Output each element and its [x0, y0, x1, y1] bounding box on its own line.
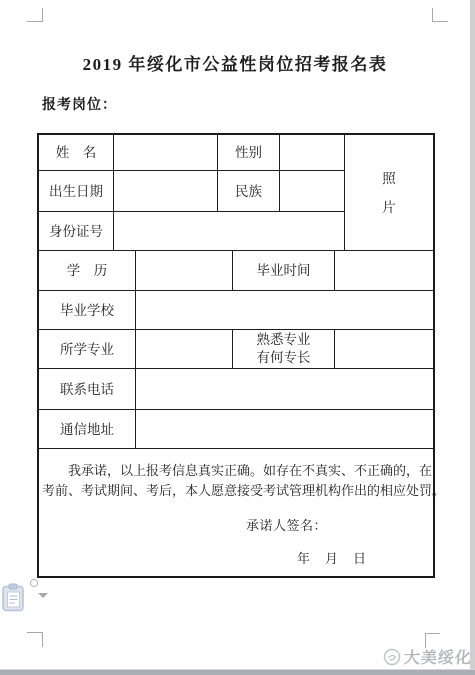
window-edge-right — [470, 0, 475, 675]
paste-options-button[interactable] — [1, 583, 51, 613]
major-input-cell[interactable] — [136, 330, 233, 369]
document-title: 2019 年绥化市公益性岗位招考报名表 — [0, 50, 470, 75]
address-label: 通信地址 — [39, 410, 136, 449]
pledge-text-line1: 我承诺，以上报考信息真实正确。如存在不真实、不正确的，在 — [39, 461, 433, 481]
watermark-logo-icon — [383, 648, 401, 666]
gender-input-cell[interactable] — [280, 135, 345, 171]
ethnicity-input-cell[interactable] — [280, 171, 345, 212]
date-label: 年 月 日 — [297, 548, 367, 567]
application-form-table: 姓 名 性别 照 片 出生日期 民族 身份证号 学 历 毕业时间 毕业学校 所学… — [37, 133, 435, 578]
name-input-cell[interactable] — [114, 135, 218, 171]
graduation-school-input-cell[interactable] — [136, 291, 433, 330]
paste-options-dropdown-arrow-icon[interactable] — [38, 593, 48, 598]
id-number-label: 身份证号 — [39, 212, 114, 251]
object-anchor-dot — [30, 579, 38, 587]
major-label: 所学专业 — [39, 330, 136, 369]
pledge-text-line2: 考前、考试期间、考后，本人愿意接受考试管理机构作出的相应处罚。 — [39, 481, 433, 501]
position-applied-label: 报考岗位： — [42, 94, 117, 114]
gender-label: 性别 — [218, 135, 280, 171]
specialty-label: 熟悉专业 有何专长 — [233, 330, 335, 369]
signature-label: 承诺人签名： — [246, 515, 327, 534]
id-number-input-cell[interactable] — [114, 212, 345, 251]
graduation-time-label: 毕业时间 — [233, 251, 335, 291]
clipboard-icon — [1, 583, 27, 612]
birth-date-label: 出生日期 — [39, 171, 114, 212]
margin-mark-top-right — [432, 8, 448, 22]
margin-mark-bottom-left — [27, 632, 43, 647]
birth-date-input-cell[interactable] — [114, 171, 218, 212]
margin-mark-top-left — [27, 8, 43, 22]
word-document-page: { "page": { "title": "2019 年绥化市公益性岗位招考报名… — [0, 0, 475, 675]
position-applied-input[interactable] — [120, 92, 433, 114]
ethnicity-label: 民族 — [218, 171, 280, 212]
graduation-school-label: 毕业学校 — [39, 291, 136, 330]
specialty-input-cell[interactable] — [335, 330, 433, 369]
name-label: 姓 名 — [39, 135, 114, 171]
photo-label: 照 片 — [345, 135, 433, 251]
phone-label: 联系电话 — [39, 369, 136, 410]
graduation-time-input-cell[interactable] — [335, 251, 433, 291]
phone-input-cell[interactable] — [136, 369, 433, 410]
education-input-cell[interactable] — [136, 251, 233, 291]
pledge-section: 我承诺，以上报考信息真实正确。如存在不真实、不正确的，在 考前、考试期间、考后，… — [39, 449, 433, 576]
address-input-cell[interactable] — [136, 410, 433, 449]
window-edge-bottom — [0, 669, 475, 675]
watermark-text: 大美绥化 — [403, 645, 473, 668]
watermark: 大美绥化 — [383, 645, 472, 668]
education-label: 学 历 — [39, 251, 136, 291]
